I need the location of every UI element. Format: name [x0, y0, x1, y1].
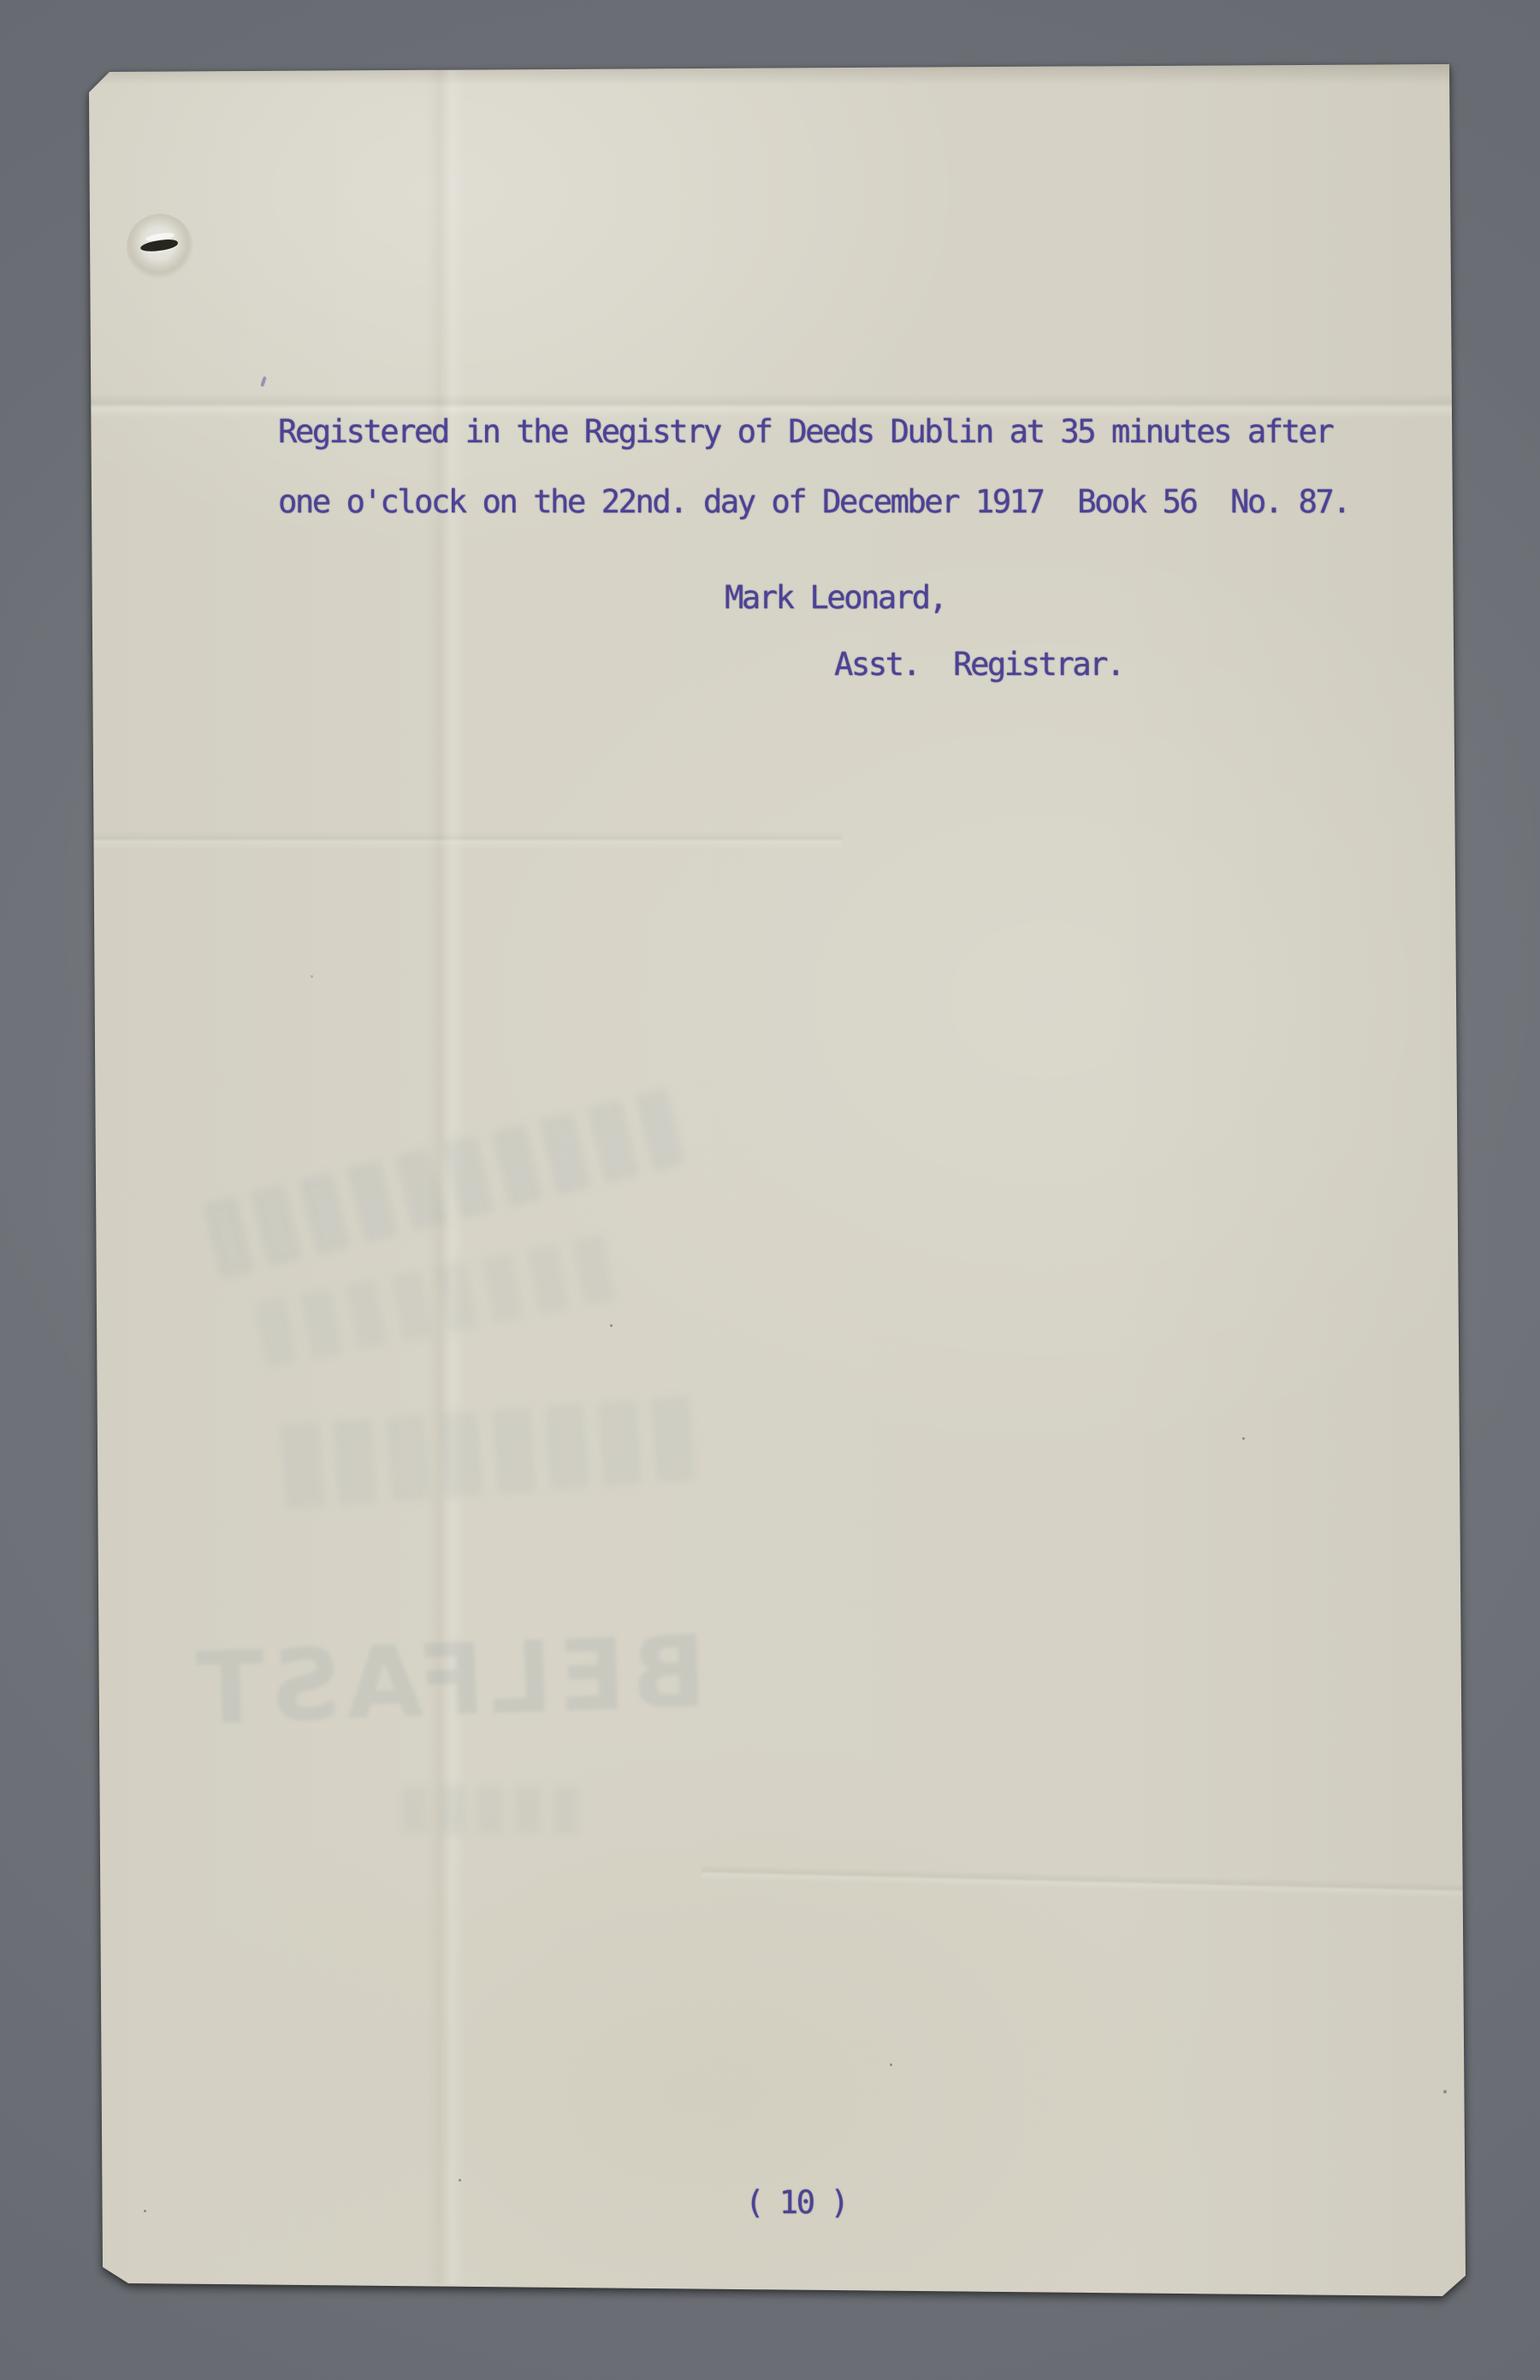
paper-speck [1242, 1437, 1245, 1440]
paper-hole-pucker [127, 214, 193, 281]
paper-vertical-fold [426, 68, 465, 2284]
paper-crease-horizontal-middle [89, 832, 842, 849]
paper-speck [459, 2179, 461, 2182]
bleed-through-smudge [253, 1232, 627, 1370]
paper-speck [311, 975, 313, 978]
signatory-name: Mark Leonard, [725, 582, 945, 613]
bleed-through-smudge [402, 1786, 582, 1834]
paper-speck [144, 2210, 146, 2212]
bleed-through-smudge [201, 1088, 685, 1281]
registration-line-2: one o'clock on the 22nd. day of December… [278, 486, 1349, 518]
paper-speck [610, 1324, 613, 1327]
paper-speck [890, 2063, 892, 2066]
paper-shadow-wrap: BELFAST Registered in the Registry of De… [0, 0, 1540, 2380]
paper-hole-tear [139, 238, 178, 252]
paper-speck [1443, 2090, 1447, 2093]
page-number: ( 10 ) [745, 2187, 847, 2218]
ink-speck [260, 376, 267, 388]
registration-line-1: Registered in the Registry of Deeds Dubl… [278, 416, 1332, 447]
bleed-through-text: BELFAST [252, 1614, 708, 1745]
paper-crease-horizontal-upper [89, 394, 1458, 417]
bleed-through-smudge [280, 1395, 696, 1509]
paper-crease-horizontal-lower [702, 1864, 1463, 1898]
signatory-title: Asst. Registrar. [834, 648, 1123, 680]
document-page: BELFAST Registered in the Registry of De… [0, 0, 1540, 2380]
paper-hole-highlight [145, 231, 175, 242]
